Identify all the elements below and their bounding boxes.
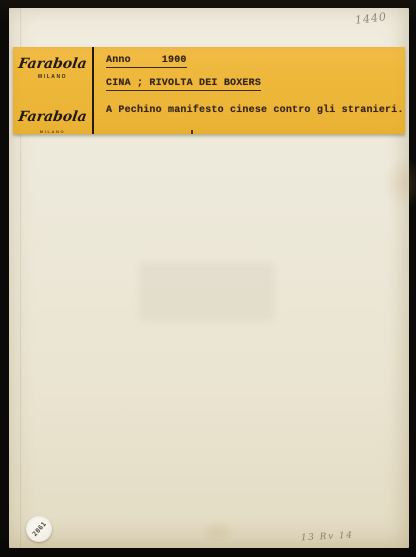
caption-line: A Pechino manifesto cinese contro gli st… (106, 105, 404, 116)
farabola-logo-top: Farabola (13, 56, 93, 72)
photo-back-paper: 1440 Farabola MILANO Farabola MILANO Ann… (9, 8, 409, 548)
publisher-panel: Farabola MILANO Farabola MILANO (13, 47, 92, 134)
farabola-city-bottom-clipped: MILANO (13, 129, 92, 134)
farabola-logo-bottom: Farabola (13, 109, 93, 125)
round-inventory-sticker: 2061 (26, 516, 52, 542)
handwritten-note-bottom: 13 Rv 14 (301, 531, 354, 544)
sticker-number: 2061 (30, 520, 47, 538)
year-line: Anno 1900 (106, 55, 187, 68)
title-line: CINA ; RIVOLTA DEI BOXERS (106, 78, 261, 91)
clipped-character-mark (191, 130, 193, 134)
paper-stain (383, 156, 416, 210)
farabola-caption-label: Farabola MILANO Farabola MILANO Anno 190… (13, 47, 405, 134)
show-through-impression (139, 263, 274, 321)
handwritten-archive-number: 1440 (354, 10, 387, 27)
paper-stain (199, 520, 237, 544)
archive-photo-scan: 1440 Farabola MILANO Farabola MILANO Ann… (0, 0, 416, 557)
caption-panel: Anno 1900 CINA ; RIVOLTA DEI BOXERS A Pe… (94, 47, 405, 134)
farabola-city-top: MILANO (13, 74, 92, 80)
